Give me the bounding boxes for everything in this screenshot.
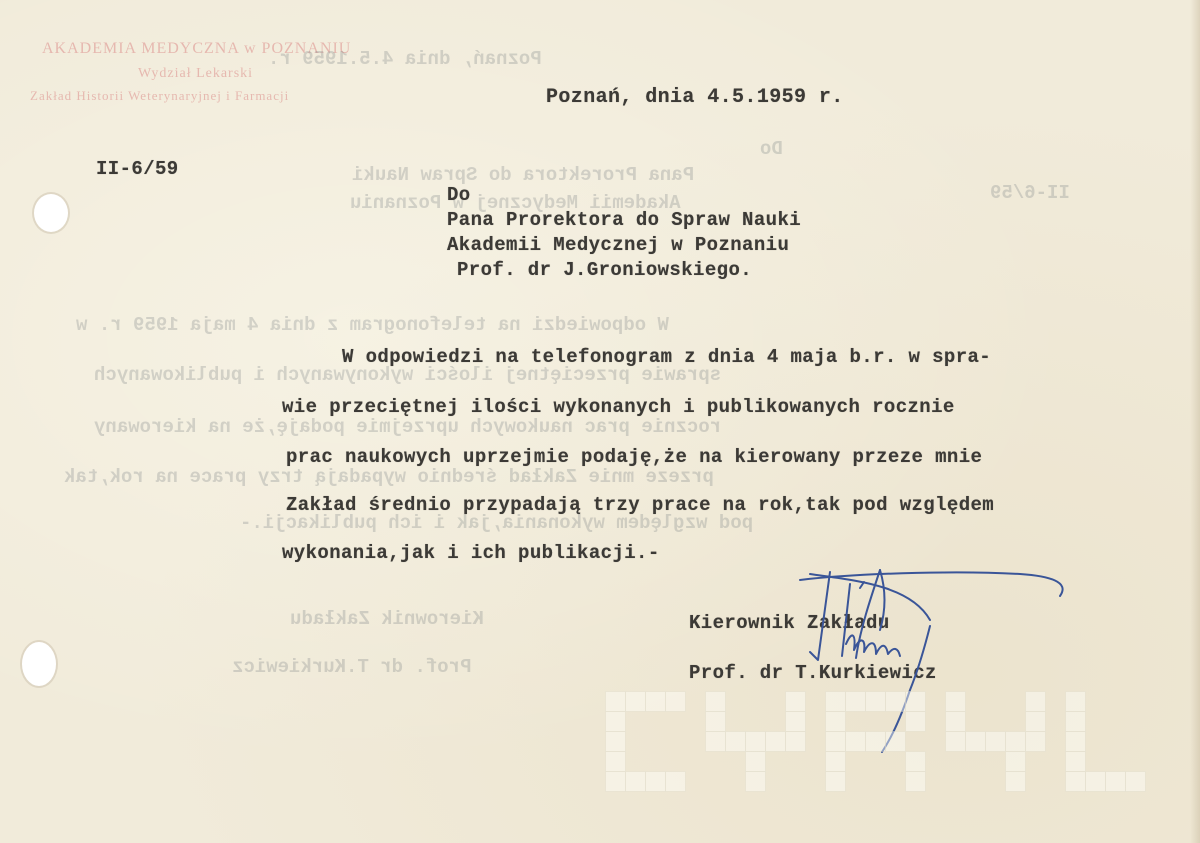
institution-stamp-line3: Zakład Historii Weterynaryjnej i Farmacj… xyxy=(30,88,289,104)
paper-edge xyxy=(1190,0,1200,843)
bleed-through-body1: W odpowiedzi na telefonogram z dnia 4 ma… xyxy=(76,314,669,336)
body-line-5: wykonania,jak i ich publikacji.- xyxy=(282,542,660,564)
document-page: AKADEMIA MEDYCZNA w POZNANIU Wydział Lek… xyxy=(0,0,1200,843)
punch-hole-top xyxy=(34,194,68,232)
bleed-through-ref: II-6/59 xyxy=(990,182,1070,204)
body-line-3: prac naukowych uprzejmie podaję,że na ki… xyxy=(286,446,982,468)
reference-number: II-6/59 xyxy=(96,158,179,180)
bleed-through-addr2: Pana Prorektora do Spraw Nauki xyxy=(352,164,694,186)
addressee-do: Do xyxy=(447,184,471,206)
institution-stamp-line2: Wydział Lekarski xyxy=(138,66,253,82)
addressee-institution: Akademii Medycznej w Poznaniu xyxy=(447,234,789,256)
body-line-4: Zakład średnio przypadają trzy prace na … xyxy=(286,494,994,516)
bleed-through-body3: rocznie prac naukowych uprzejmie podaję,… xyxy=(94,416,721,438)
body-line-1: W odpowiedzi na telefonogram z dnia 4 ma… xyxy=(342,346,991,368)
addressee-name: Prof. dr J.Groniowskiego. xyxy=(457,259,752,281)
bleed-through-date: Poznań, dnia 4.5.1959 r. xyxy=(268,48,542,70)
date-line: Poznań, dnia 4.5.1959 r. xyxy=(546,86,844,109)
addressee-title: Pana Prorektora do Spraw Nauki xyxy=(447,209,801,231)
bleed-through-addr1: Do xyxy=(760,138,783,160)
punch-hole-bottom xyxy=(22,642,56,686)
body-line-2: wie przeciętnej ilości wykonanych i publ… xyxy=(282,396,955,418)
bleed-through-sig1: Kierownik Zakładu xyxy=(290,608,484,630)
bleed-through-sig2: Prof. dr T.Kurkiewicz xyxy=(232,656,471,678)
bleed-through-body4: przeze mnie Zakład średnio wypadają trzy… xyxy=(64,466,714,488)
